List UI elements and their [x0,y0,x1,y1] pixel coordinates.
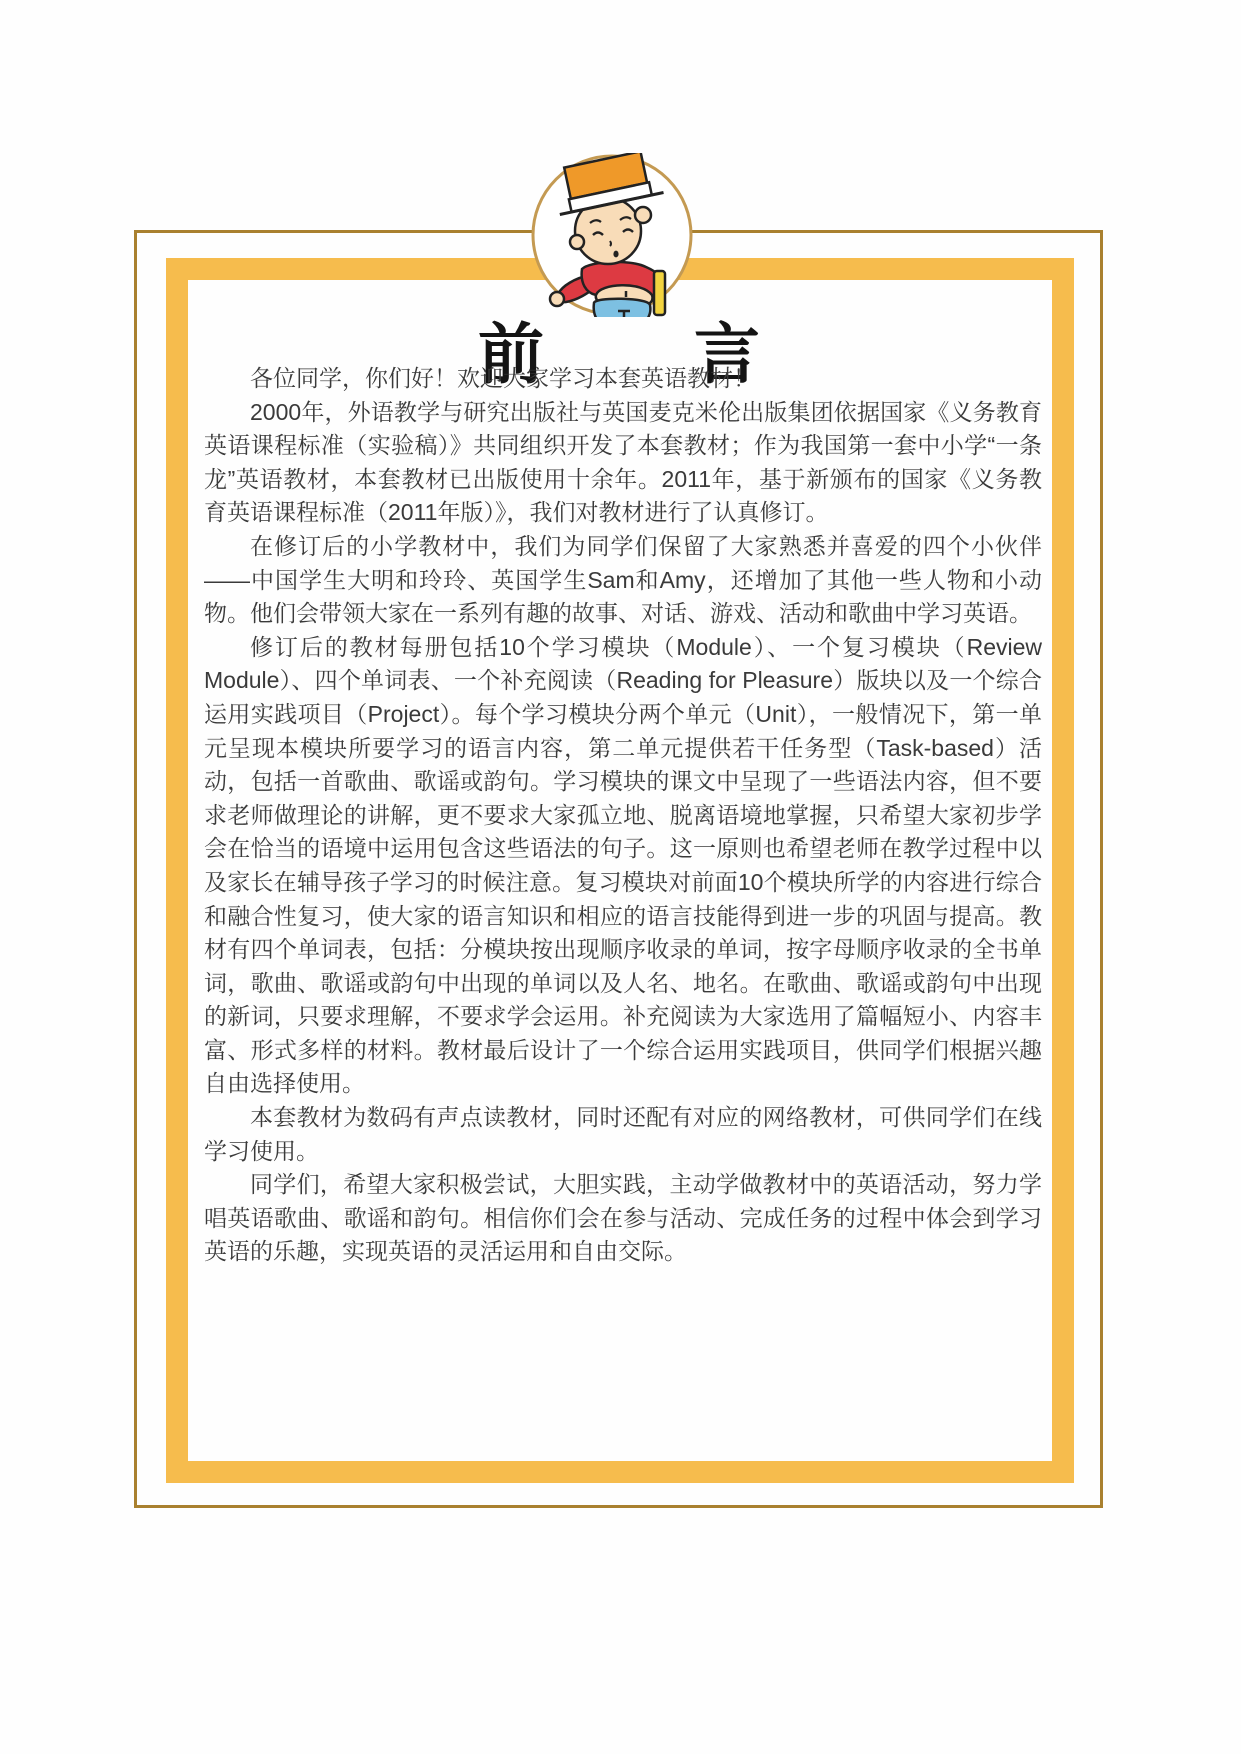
paragraph-history: 2000年，外语教学与研究出版社与英国麦克米伦出版集团依据国家《义务教育英语课程… [204,396,1042,530]
paragraph-encourage: 同学们，希望大家积极尝试，大胆实践，主动学做教材中的英语活动，努力学唱英语歌曲、… [204,1168,1042,1269]
paragraph-characters: 在修订后的小学教材中，我们为同学们保留了大家熟悉并喜爱的四个小伙伴——中国学生大… [204,530,1042,631]
preface-page: 前 言 各位同学，你们好！欢迎大家学习本套英语教材！ 2000年，外语教学与研究… [0,0,1241,1754]
paragraph-greeting: 各位同学，你们好！欢迎大家学习本套英语教材！ [204,362,1042,396]
cartoon-boy-icon [530,153,694,317]
paragraph-structure: 修订后的教材每册包括10个学习模块（Module）、一个复习模块（Review … [204,631,1042,1101]
paragraph-digital: 本套教材为数码有声点读教材，同时还配有对应的网络教材，可供同学们在线学习使用。 [204,1101,1042,1168]
cartoon-boy-illustration [530,153,694,317]
preface-body: 各位同学，你们好！欢迎大家学习本套英语教材！ 2000年，外语教学与研究出版社与… [204,362,1042,1269]
